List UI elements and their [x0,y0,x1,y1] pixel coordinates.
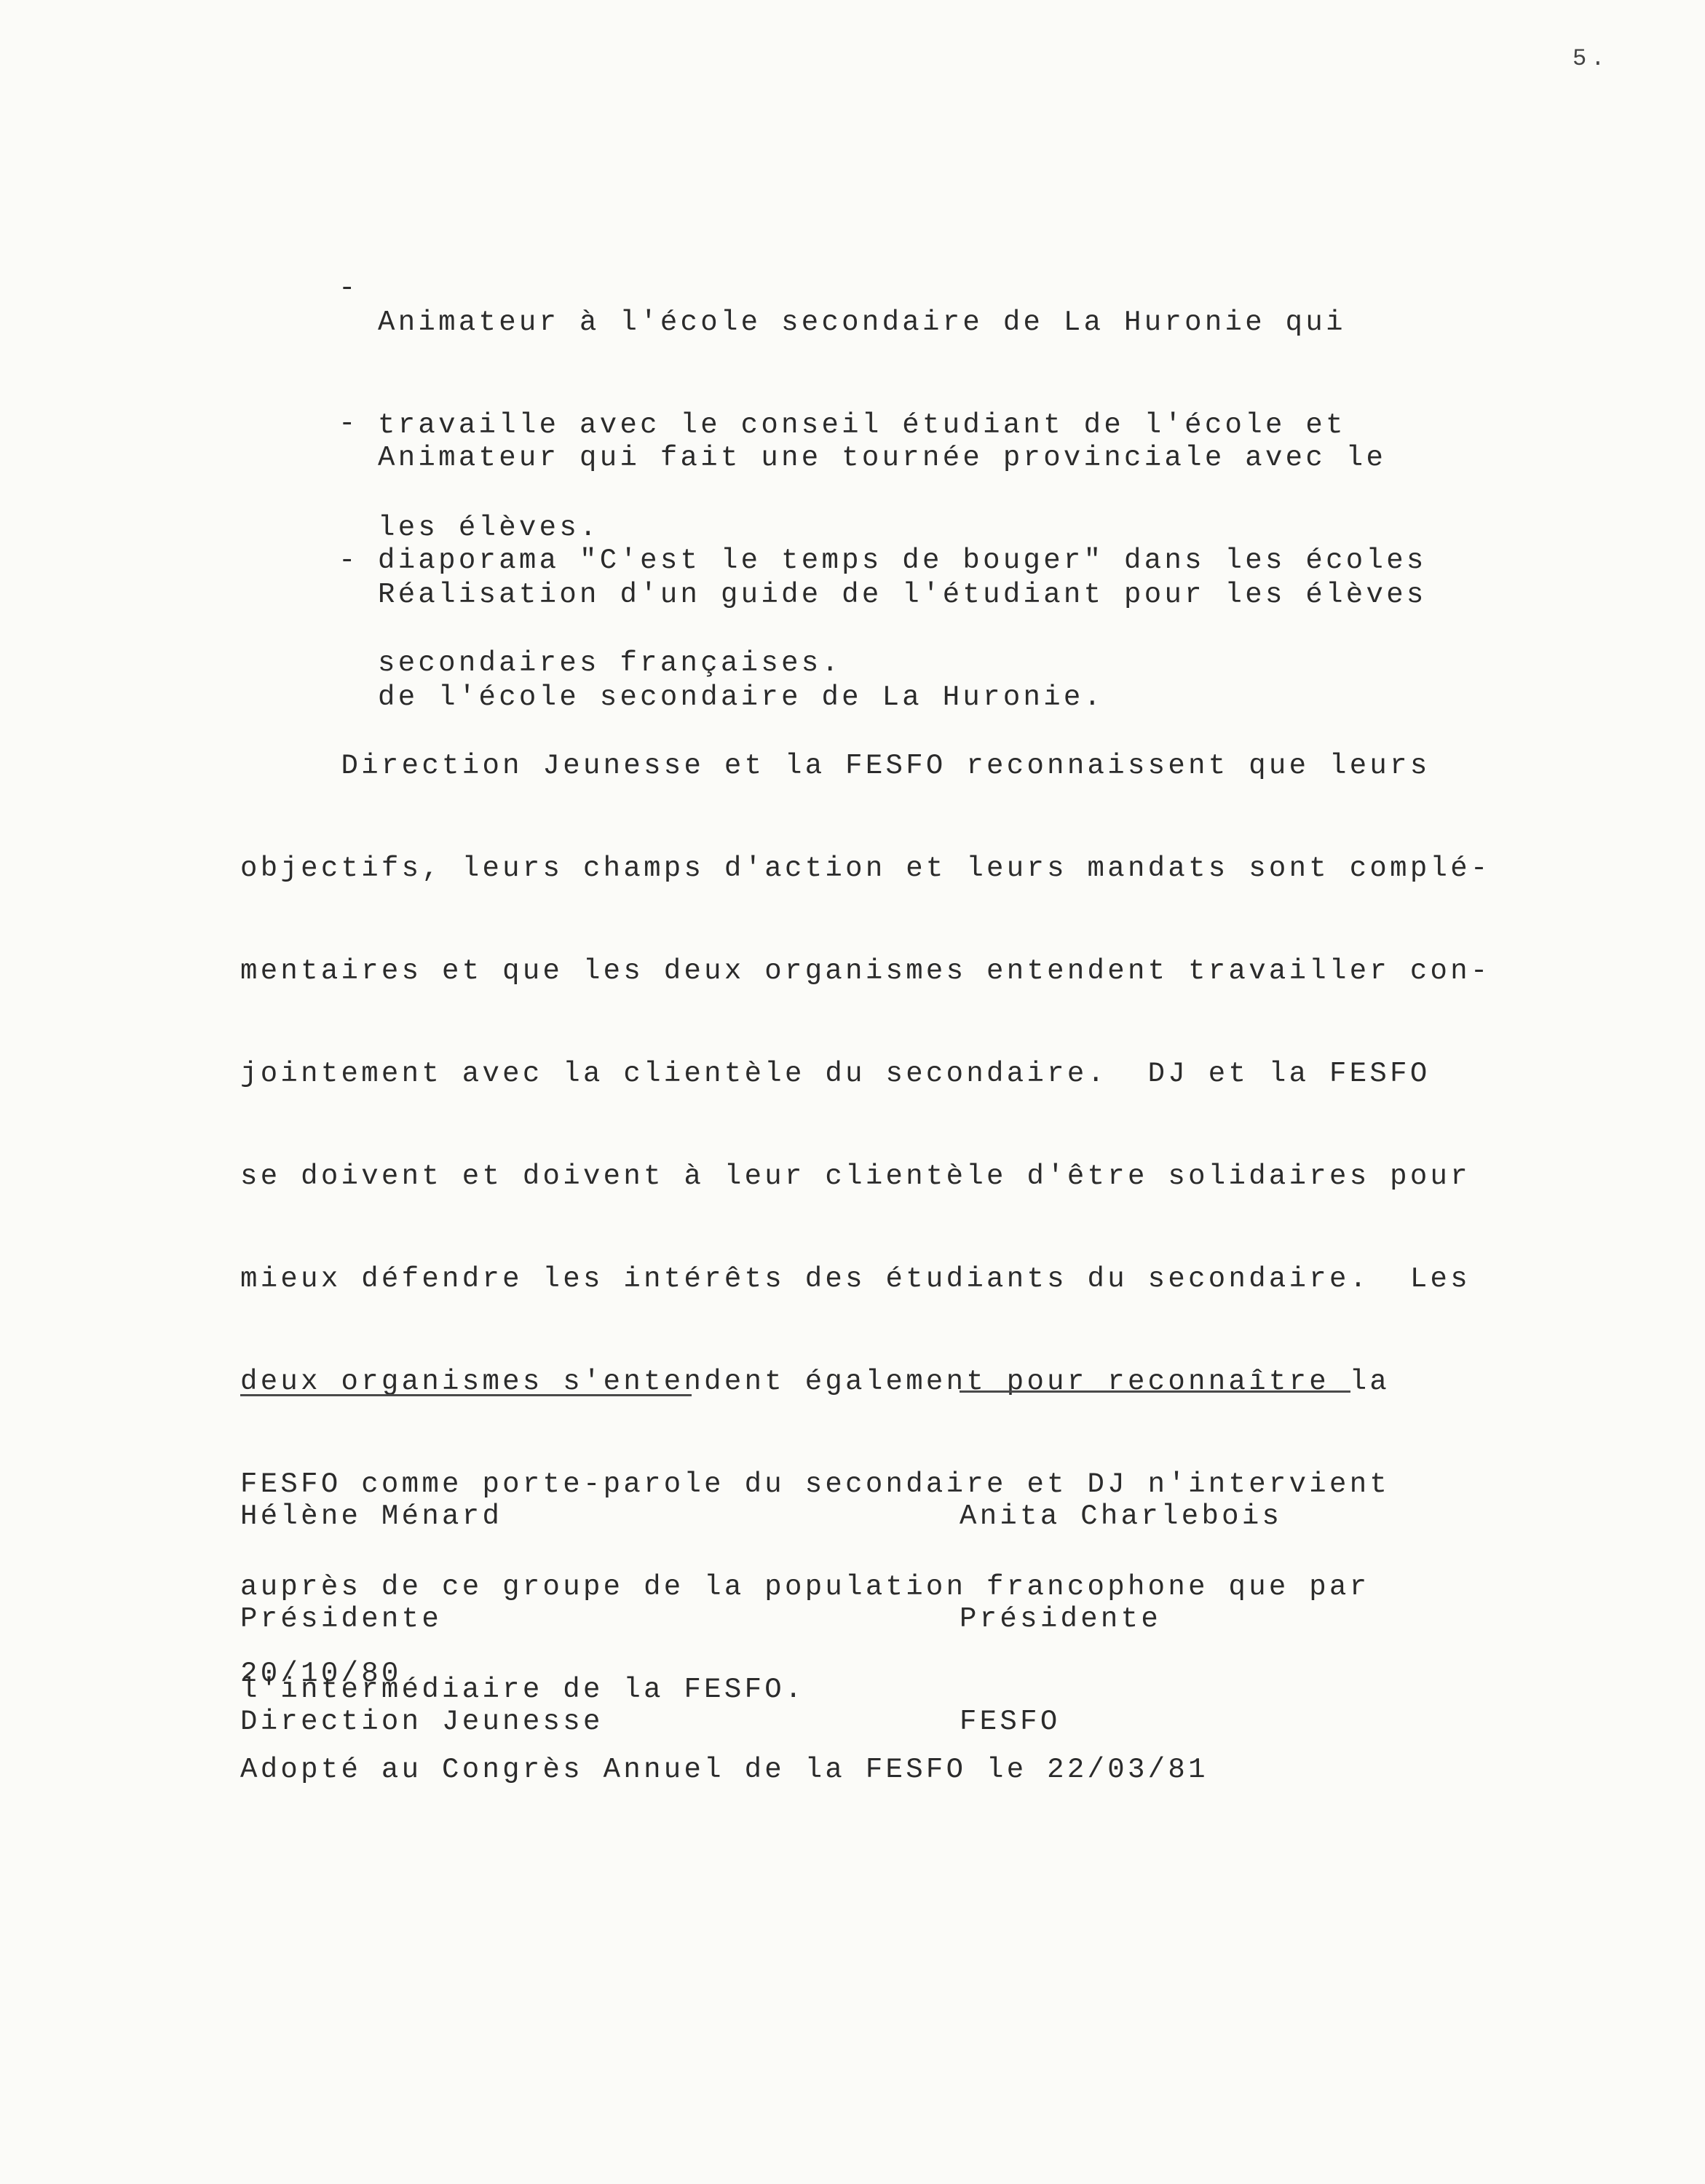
signature-line-right [960,1390,1350,1393]
bullet-dash: - [339,272,359,306]
signatory-organization: FESFO [960,1705,1282,1739]
document-date: 20/10/80 [240,1657,402,1691]
paragraph-line: objectifs, leurs champs d'action et leur… [240,852,1491,886]
paragraph-line: se doivent et doivent à leur clientèle d… [240,1160,1491,1194]
signature-block-right: Anita Charlebois Présidente FESFO [960,1431,1282,1773]
bullet-dash: - [339,407,359,441]
signature-line-left [240,1394,692,1396]
bullet-line: Réalisation d'un guide de l'étudiant pou… [378,578,1427,612]
paragraph-line: mieux défendre les intérêts des étudiant… [240,1262,1491,1297]
bullet-dash: - [339,544,359,578]
bullet-item: - Réalisation d'un guide de l'étudiant p… [339,510,379,612]
bullet-item: - Animateur qui fait une tournée provinc… [339,373,379,475]
paragraph-line: jointement avec la clientèle du secondai… [240,1057,1491,1091]
signature-block-left: Hélène Ménard Présidente Direction Jeune… [240,1431,604,1773]
bullet-line: Animateur qui fait une tournée provincia… [378,441,1427,475]
signatory-title: Présidente [240,1602,604,1637]
signatory-organization: Direction Jeunesse [240,1705,604,1739]
bullet-line: Animateur à l'école secondaire de La Hur… [378,306,1346,340]
signatory-name: Hélène Ménard [240,1500,604,1534]
adoption-note: Adopté au Congrès Annuel de la FESFO le … [240,1753,1208,1787]
signatory-name: Anita Charlebois [960,1500,1282,1534]
paragraph-line: mentaires et que les deux organismes ent… [240,954,1491,989]
page-number: 5. [1573,45,1609,72]
signatory-title: Présidente [960,1602,1282,1637]
paragraph-line: Direction Jeunesse et la FESFO reconnais… [240,749,1491,783]
bullet-item: - Animateur à l'école secondaire de La H… [339,237,379,340]
